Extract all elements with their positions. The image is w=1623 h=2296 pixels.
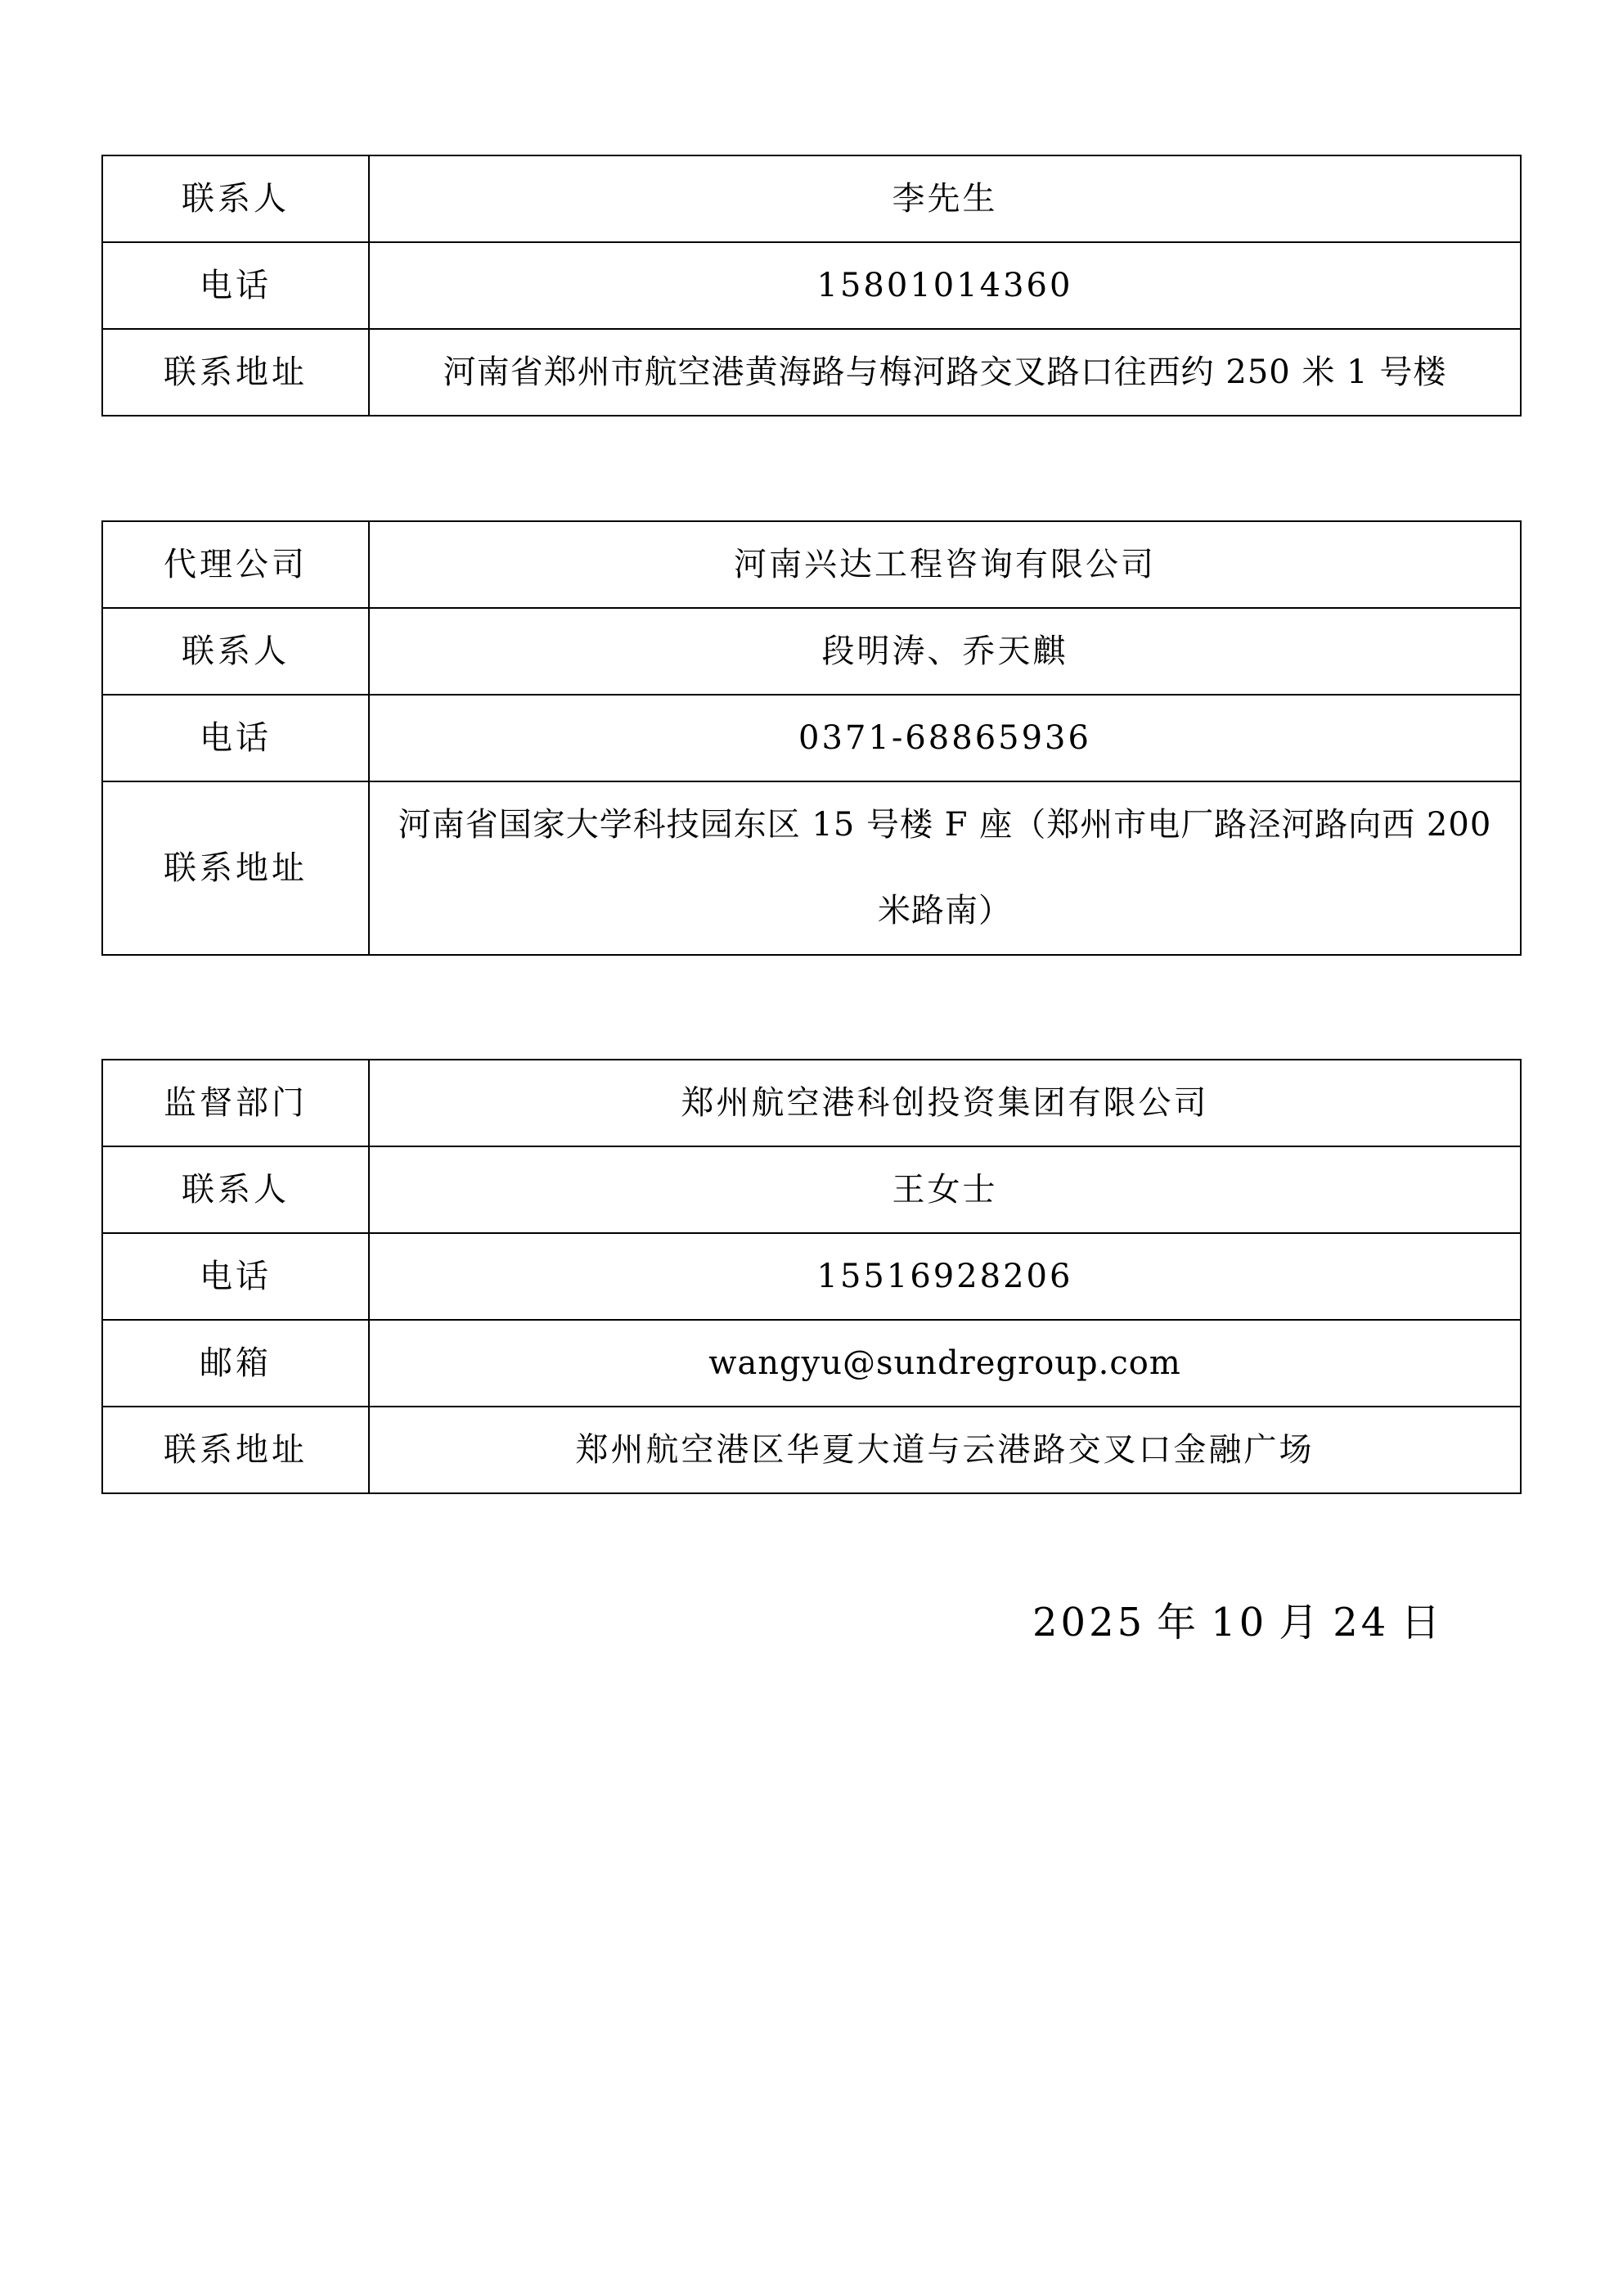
table-row: 电话 15801014360 <box>102 242 1521 329</box>
email-value[interactable]: wangyu@sundregroup.com <box>369 1320 1521 1407</box>
table-row: 邮箱 wangyu@sundregroup.com <box>102 1320 1521 1407</box>
email-label: 邮箱 <box>102 1320 369 1407</box>
phone-value: 15801014360 <box>369 242 1521 329</box>
date-month: 10 <box>1211 1600 1267 1645</box>
agency-contact-table: 代理公司 河南兴达工程咨询有限公司 联系人 段明涛、乔天麒 电话 0371-68… <box>101 520 1522 956</box>
table-row: 联系地址 河南省国家大学科技园东区 15 号楼 F 座（郑州市电厂路泾河路向西 … <box>102 781 1521 955</box>
phone-label: 电话 <box>102 1233 369 1320</box>
agency-label: 代理公司 <box>102 521 369 608</box>
table-row: 联系人 段明涛、乔天麒 <box>102 608 1521 695</box>
table-row: 联系地址 郑州航空港区华夏大道与云港路交叉口金融广场 <box>102 1407 1521 1493</box>
address-label: 联系地址 <box>102 781 369 955</box>
contact-person-label: 联系人 <box>102 155 369 242</box>
supervision-dept-label: 监督部门 <box>102 1060 369 1146</box>
table-row: 监督部门 郑州航空港科创投资集团有限公司 <box>102 1060 1521 1146</box>
purchaser-contact-table: 联系人 李先生 电话 15801014360 联系地址 河南省郑州市航空港黄海路… <box>101 155 1522 416</box>
agency-value: 河南兴达工程咨询有限公司 <box>369 521 1521 608</box>
table-row: 代理公司 河南兴达工程咨询有限公司 <box>102 521 1521 608</box>
document-date: 2025年10月24日 <box>1032 1591 1454 1647</box>
phone-value: 15516928206 <box>369 1233 1521 1320</box>
date-year: 2025 <box>1032 1600 1145 1645</box>
table-row: 联系人 李先生 <box>102 155 1521 242</box>
address-label: 联系地址 <box>102 329 369 416</box>
contact-person-value: 段明涛、乔天麒 <box>369 608 1521 695</box>
phone-value: 0371-68865936 <box>369 695 1521 781</box>
supervision-contact-table: 监督部门 郑州航空港科创投资集团有限公司 联系人 王女士 电话 15516928… <box>101 1059 1522 1494</box>
phone-label: 电话 <box>102 695 369 781</box>
address-label: 联系地址 <box>102 1407 369 1493</box>
contact-person-label: 联系人 <box>102 608 369 695</box>
date-day-unit: 日 <box>1400 1600 1443 1645</box>
contact-person-value: 李先生 <box>369 155 1521 242</box>
date-year-unit: 年 <box>1157 1600 1199 1645</box>
date-month-unit: 月 <box>1279 1600 1321 1645</box>
supervision-dept-value: 郑州航空港科创投资集团有限公司 <box>369 1060 1521 1146</box>
table-row: 联系人 王女士 <box>102 1146 1521 1233</box>
date-day: 24 <box>1333 1600 1389 1645</box>
contact-person-label: 联系人 <box>102 1146 369 1233</box>
address-value: 郑州航空港区华夏大道与云港路交叉口金融广场 <box>369 1407 1521 1493</box>
phone-label: 电话 <box>102 242 369 329</box>
table-row: 电话 0371-68865936 <box>102 695 1521 781</box>
contact-person-value: 王女士 <box>369 1146 1521 1233</box>
table-row: 联系地址 河南省郑州市航空港黄海路与梅河路交叉路口往西约 250 米 1 号楼 <box>102 329 1521 416</box>
address-value: 河南省郑州市航空港黄海路与梅河路交叉路口往西约 250 米 1 号楼 <box>369 329 1521 416</box>
table-row: 电话 15516928206 <box>102 1233 1521 1320</box>
address-value: 河南省国家大学科技园东区 15 号楼 F 座（郑州市电厂路泾河路向西 200 米… <box>369 781 1521 955</box>
